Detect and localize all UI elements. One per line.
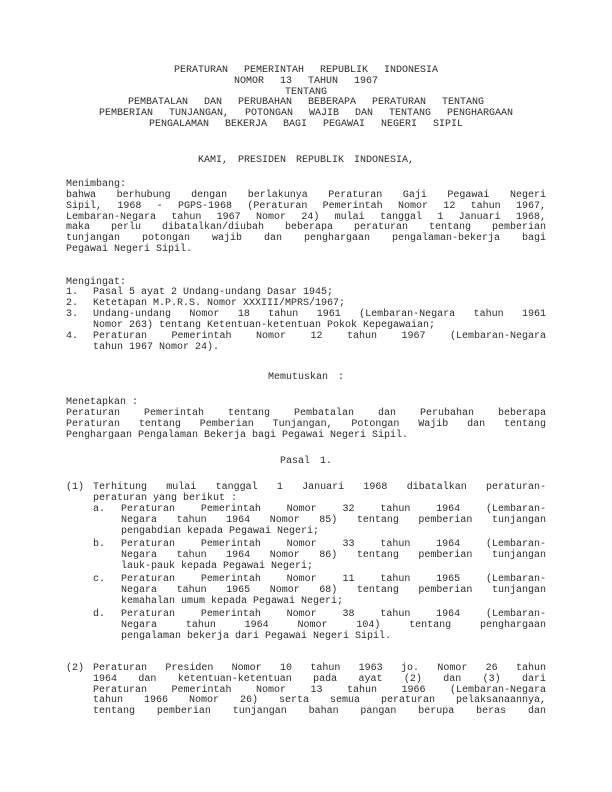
ayat-1-item-d-line-3: pengalaman bekerja dari Pegawai Negeri S… bbox=[121, 632, 546, 643]
title-block-lines: PERATURAN PEMERINTAH REPUBLIK INDONESIAN… bbox=[66, 66, 546, 131]
menetapkan-body: Peraturan Pemerintah tentang Pembatalan … bbox=[66, 409, 546, 441]
ayat-1-item-b-line-2: Negara tahun 1964 Nomor 86) tentang pemb… bbox=[121, 551, 546, 562]
pasal-1-heading: Pasal 1. bbox=[66, 457, 546, 468]
memutuskan-heading-lines: Memutuskan : bbox=[66, 373, 546, 384]
ayat-1-item-b-marker: b. bbox=[93, 540, 105, 551]
menetapkan-body-line-2: Peraturan tentang Pemberian Tunjangan, P… bbox=[66, 420, 546, 431]
menetapkan-body-line-3: Penghargaan Pengalaman Bekerja bagi Pega… bbox=[66, 431, 546, 442]
ayat-1-intro-marker: (1) bbox=[66, 483, 84, 494]
mengingat-item-3-line-2: Nomor 263) tentang Ketentuan-ketentuan P… bbox=[93, 321, 546, 332]
mengingat-item-4-lines: Peraturan Pemerintah Nomor 12 tahun 1967… bbox=[93, 332, 546, 354]
ayat-2-marker: (2) bbox=[66, 664, 84, 675]
ayat-1-item-a-lines: Peraturan Pemerintah Nomor 32 tahun 1964… bbox=[121, 505, 546, 537]
memutuskan-heading-line-1: Memutuskan : bbox=[66, 373, 546, 384]
ayat-1-item-d-lines: Peraturan Pemerintah Nomor 38 tahun 1964… bbox=[121, 610, 546, 642]
ayat-1-item-a-line-3: pengabdian kepada Pegawai Negeri; bbox=[121, 527, 546, 538]
pasal-1-heading-line-1: Pasal 1. bbox=[66, 457, 546, 468]
title-block-line-6: PENGALAMAN BEKERJA BAGI PEGAWAI NEGERI S… bbox=[66, 120, 546, 131]
preamble-kami-lines: KAMI, PRESIDEN REPUBLIK INDONESIA, bbox=[66, 156, 546, 167]
mengingat-item-3-lines: Undang-undang Nomor 18 tahun 1961 (Lemba… bbox=[93, 310, 546, 332]
preamble-kami: KAMI, PRESIDEN REPUBLIK INDONESIA, bbox=[66, 156, 546, 167]
ayat-1-item-c-marker: c. bbox=[93, 575, 105, 586]
ayat-1-item-a-marker: a. bbox=[93, 505, 105, 516]
ayat-1-item-b-lines: Peraturan Pemerintah Nomor 33 tahun 1964… bbox=[121, 540, 546, 572]
ayat-1-intro-lines: Terhitung mulai tanggal 1 Januari 1968 d… bbox=[93, 483, 546, 505]
title-block-line-2: NOMOR 13 TAHUN 1967 bbox=[66, 77, 546, 88]
menimbang-body-line-2: Sipil, 1968 - PGPS-1968 (Peraturan Pemer… bbox=[66, 202, 546, 213]
ayat-1-item-a: a.Peraturan Pemerintah Nomor 32 tahun 19… bbox=[93, 505, 546, 537]
ayat-2-line-2: 1964 dan ketentuan-ketentuan pada ayat (… bbox=[93, 675, 546, 686]
ayat-2-line-5: tentang pemberian tunjangan bahan pangan… bbox=[93, 707, 546, 718]
preamble-kami-line-1: KAMI, PRESIDEN REPUBLIK INDONESIA, bbox=[66, 156, 546, 167]
ayat-1-item-b: b.Peraturan Pemerintah Nomor 33 tahun 19… bbox=[93, 540, 546, 572]
mengingat-item-3: 3.Undang-undang Nomor 18 tahun 1961 (Lem… bbox=[66, 310, 546, 332]
memutuskan-heading: Memutuskan : bbox=[66, 373, 546, 384]
title-block: PERATURAN PEMERINTAH REPUBLIK INDONESIAN… bbox=[66, 66, 546, 131]
ayat-1-item-d: d.Peraturan Pemerintah Nomor 38 tahun 19… bbox=[93, 610, 546, 642]
menetapkan-body-lines: Peraturan Pemerintah tentang Pembatalan … bbox=[66, 409, 546, 441]
ayat-1-item-a-line-2: Negara tahun 1964 Nomor 85) tentang pemb… bbox=[121, 516, 546, 527]
mengingat-item-4: 4.Peraturan Pemerintah Nomor 12 tahun 19… bbox=[66, 332, 546, 354]
ayat-1-item-b-line-3: lauk-pauk kepada Pegawai Negeri; bbox=[121, 562, 546, 573]
ayat-2: (2)Peraturan Presiden Nomor 10 tahun 196… bbox=[66, 664, 546, 718]
ayat-1-item-c: c.Peraturan Pemerintah Nomor 11 tahun 19… bbox=[93, 575, 546, 607]
ayat-2-lines: Peraturan Presiden Nomor 10 tahun 1963 j… bbox=[93, 664, 546, 718]
menimbang-body-lines: bahwa berhubung dengan berlakunya Peratu… bbox=[66, 191, 546, 256]
menimbang-body: bahwa berhubung dengan berlakunya Peratu… bbox=[66, 191, 546, 256]
mengingat-item-4-marker: 4. bbox=[66, 332, 78, 343]
ayat-1-item-c-lines: Peraturan Pemerintah Nomor 11 tahun 1965… bbox=[121, 575, 546, 607]
mengingat-item-4-line-2: tahun 1967 Nomor 24). bbox=[93, 343, 546, 354]
ayat-1-item-c-line-2: Negara tahun 1965 Nomor 68) tentang pemb… bbox=[121, 586, 546, 597]
ayat-1-item-d-marker: d. bbox=[93, 610, 105, 621]
document-page: PERATURAN PEMERINTAH REPUBLIK INDONESIAN… bbox=[0, 0, 612, 792]
ayat-1-intro-line-2: peraturan yang berikut : bbox=[93, 494, 546, 505]
mengingat-item-3-marker: 3. bbox=[66, 310, 78, 321]
ayat-1-item-d-line-2: Negara tahun 1964 Nomor 104) tentang pen… bbox=[121, 621, 546, 632]
menimbang-body-line-6: Pegawai Negeri Sipil. bbox=[66, 245, 546, 256]
pasal-1-heading-lines: Pasal 1. bbox=[66, 457, 546, 468]
ayat-1-intro: (1)Terhitung mulai tanggal 1 Januari 196… bbox=[66, 483, 546, 505]
ayat-1-item-c-line-3: kemahalan umum kepada Pegawai Negeri; bbox=[121, 597, 546, 608]
